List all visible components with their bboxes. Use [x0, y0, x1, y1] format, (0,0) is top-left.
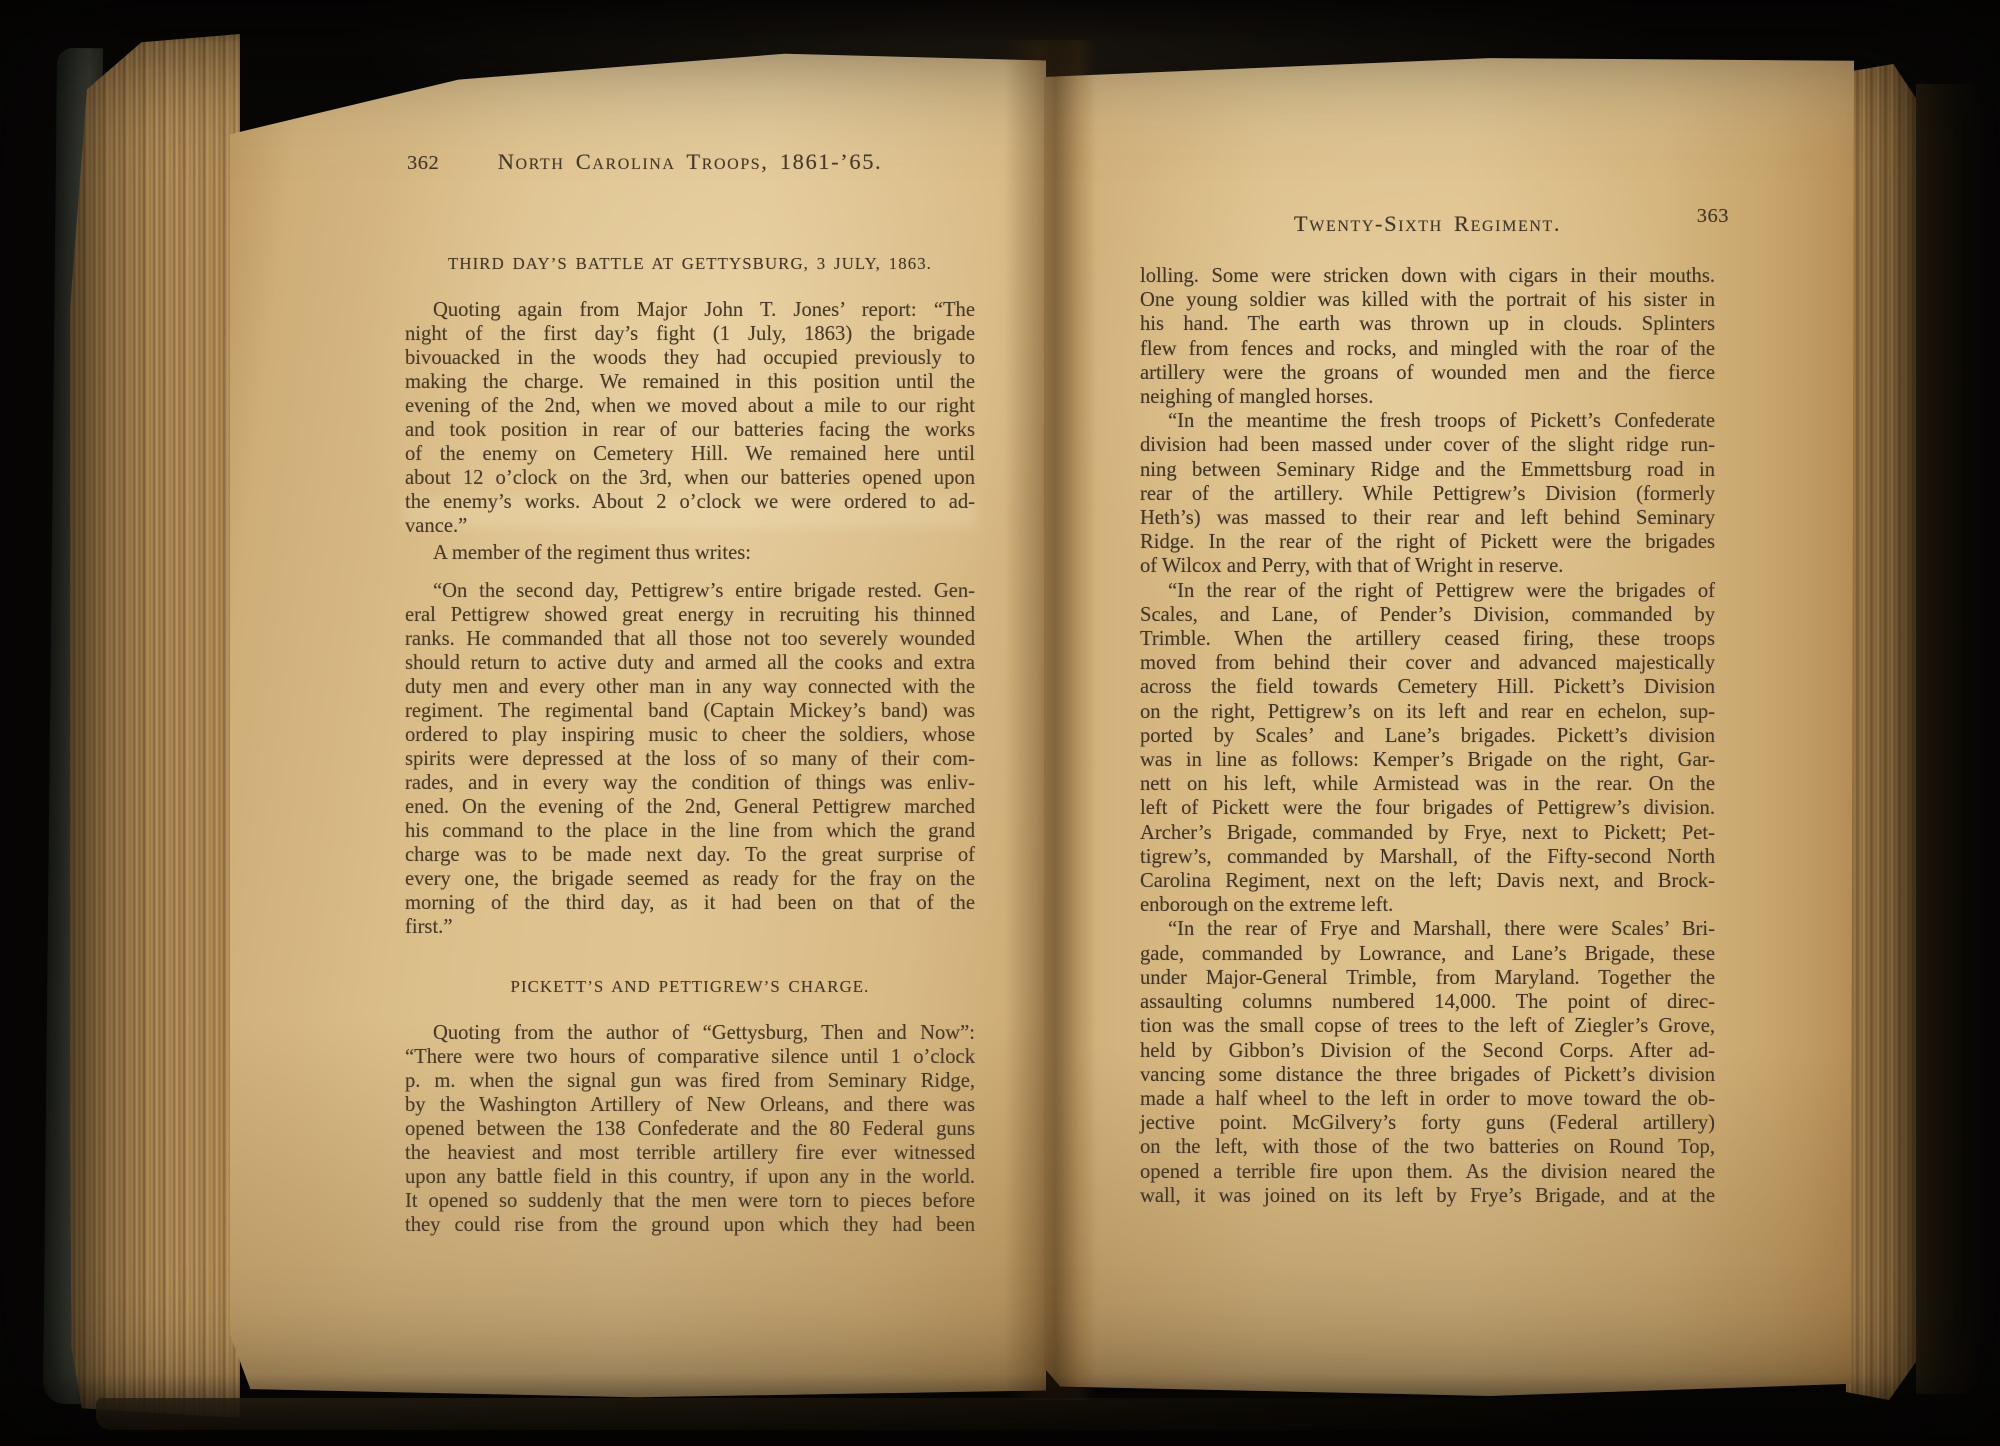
text-line: “In the rear of Frye and Marshall, there…	[1140, 917, 1715, 941]
left-page-text: 362 North Carolina Troops, 1861-’65. THI…	[405, 150, 975, 1237]
text-line: regiment. The regimental band (Captain M…	[405, 699, 975, 723]
text-line: “There were two hours of comparative sil…	[405, 1045, 975, 1069]
text-line: charge was to be made next day. To the g…	[405, 843, 975, 867]
paragraph: Quoting again from Major John T. Jones’ …	[405, 298, 975, 538]
text-line: eral Pettigrew showed great energy in re…	[405, 603, 975, 627]
text-line: tion was the small copse of trees to the…	[1140, 1014, 1715, 1038]
right-page-body: lolling. Some were stricken down with ci…	[1140, 264, 1715, 1208]
text-line: on the left, with those of the two batte…	[1140, 1135, 1715, 1159]
running-head-right: Twenty-Sixth Regiment. 363	[1140, 212, 1715, 240]
text-line: ened. On the evening of the 2nd, General…	[405, 795, 975, 819]
paragraph: lolling. Some were stricken down with ci…	[1140, 264, 1715, 409]
text-line: moved from behind their cover and advanc…	[1140, 651, 1715, 675]
text-line: across the field towards Cemetery Hill. …	[1140, 675, 1715, 699]
text-line: his command to the place in the line fro…	[405, 819, 975, 843]
text-line: One young soldier was killed with the po…	[1140, 288, 1715, 312]
text-line: Trimble. When the artillery ceased firin…	[1140, 627, 1715, 651]
text-line: “In the rear of the right of Pettigrew w…	[1140, 579, 1715, 603]
paragraph: “In the meantime the fresh troops of Pic…	[1140, 409, 1715, 578]
book-cover-bottom-edge	[96, 1398, 1636, 1430]
text-line: making the charge. We remained in this p…	[405, 370, 975, 394]
text-line: Scales, and Lane, of Pender’s Division, …	[1140, 603, 1715, 627]
text-line: his hand. The earth was thrown up in clo…	[1140, 312, 1715, 336]
text-line: p. m. when the signal gun was fired from…	[405, 1069, 975, 1093]
left-page-body-upper: Quoting again from Major John T. Jones’ …	[405, 298, 975, 939]
text-line: Quoting again from Major John T. Jones’ …	[405, 298, 975, 322]
text-line: they could rise from the ground upon whi…	[405, 1213, 975, 1237]
book-gutter-shadow	[1004, 40, 1096, 1400]
text-line: and took position in rear of our batteri…	[405, 418, 975, 442]
text-line: should return to active duty and armed a…	[405, 651, 975, 675]
text-line: the heaviest and most terrible artillery…	[405, 1141, 975, 1165]
paragraph: A member of the regiment thus writes:	[405, 541, 975, 565]
right-page-text: Twenty-Sixth Regiment. 363 lolling. Some…	[1140, 212, 1715, 1208]
paragraph: “In the rear of Frye and Marshall, there…	[1140, 917, 1715, 1207]
text-line: vancing some distance the three brigades…	[1140, 1063, 1715, 1087]
text-line: first.”	[405, 915, 975, 939]
text-line: “On the second day, Pettigrew’s entire b…	[405, 579, 975, 603]
text-line: by the Washington Artillery of New Orlea…	[405, 1093, 975, 1117]
text-line: Ridge. In the rear of the right of Picke…	[1140, 530, 1715, 554]
text-line: upon any battle field in this country, i…	[405, 1165, 975, 1189]
text-line: lolling. Some were stricken down with ci…	[1140, 264, 1715, 288]
text-line: duty men and every other man in any way …	[405, 675, 975, 699]
text-line: morning of the third day, as it had been…	[405, 891, 975, 915]
text-line: every one, the brigade seemed as ready f…	[405, 867, 975, 891]
text-line: spirits were depressed at the loss of so…	[405, 747, 975, 771]
text-line: Archer’s Brigade, commanded by Frye, nex…	[1140, 821, 1715, 845]
text-line: flew from fences and rocks, and mingled …	[1140, 337, 1715, 361]
text-line: “In the meantime the fresh troops of Pic…	[1140, 409, 1715, 433]
book-photo: 362 North Carolina Troops, 1861-’65. THI…	[0, 0, 2000, 1446]
text-line: It opened so suddenly that the men were …	[405, 1189, 975, 1213]
text-line: A member of the regiment thus writes:	[405, 541, 975, 565]
text-line: of the enemy on Cemetery Hill. We remain…	[405, 442, 975, 466]
text-line: wall, it was joined on its left by Frye’…	[1140, 1184, 1715, 1208]
text-line: Heth’s) was massed to their rear and lef…	[1140, 506, 1715, 530]
text-line: under Major-General Trimble, from Maryla…	[1140, 966, 1715, 990]
text-line: gade, commanded by Lowrance, and Lane’s …	[1140, 942, 1715, 966]
text-line: night of the first day’s fight (1 July, …	[405, 322, 975, 346]
text-line: was in line as follows: Kemper’s Brigade…	[1140, 748, 1715, 772]
text-line: rades, and in every way the condition of…	[405, 771, 975, 795]
paragraph: Quoting from the author of “Gettysburg, …	[405, 1021, 975, 1237]
text-line: division had been massed under cover of …	[1140, 433, 1715, 457]
page-stack-left	[70, 34, 240, 1418]
text-line: of Wilcox and Perry, with that of Wright…	[1140, 554, 1715, 578]
text-line: made a half wheel to the left in order t…	[1140, 1087, 1715, 1111]
text-line: opened between the 138 Confederate and t…	[405, 1117, 975, 1141]
text-line: ranks. He commanded that all those not t…	[405, 627, 975, 651]
text-line: rear of the artillery. While Pettigrew’s…	[1140, 482, 1715, 506]
text-line: on the right, Pettigrew’s on its left an…	[1140, 700, 1715, 724]
page-number-right: 363	[1697, 204, 1729, 228]
text-line: tigrew’s, commanded by Marshall, of the …	[1140, 845, 1715, 869]
text-line: held by Gibbon’s Division of the Second …	[1140, 1039, 1715, 1063]
text-line: vance.”	[405, 514, 975, 538]
page-number-left: 362	[407, 151, 439, 175]
text-line: Quoting from the author of “Gettysburg, …	[405, 1021, 975, 1045]
left-page-body-lower: Quoting from the author of “Gettysburg, …	[405, 1021, 975, 1237]
text-line: jective point. McGilvery’s forty guns (F…	[1140, 1111, 1715, 1135]
text-line: ordered to play inspiring music to cheer…	[405, 723, 975, 747]
text-line: ported by Scales’ and Lane’s brigades. P…	[1140, 724, 1715, 748]
text-line: neighing of mangled horses.	[1140, 385, 1715, 409]
section-heading-gettysburg: THIRD DAY’S BATTLE AT GETTYSBURG, 3 JULY…	[405, 252, 975, 276]
text-line: Carolina Regiment, next on the left; Dav…	[1140, 869, 1715, 893]
book-cover-right-edge	[1916, 84, 1982, 1394]
text-line: opened a terrible fire upon them. As the…	[1140, 1160, 1715, 1184]
text-line: artillery were the groans of wounded men…	[1140, 361, 1715, 385]
text-line: left of Pickett were the four brigades o…	[1140, 796, 1715, 820]
text-line: assaulting columns numbered 14,000. The …	[1140, 990, 1715, 1014]
text-line: the enemy’s works. About 2 o’clock we we…	[405, 490, 975, 514]
text-line: about 12 o’clock on the 3rd, when our ba…	[405, 466, 975, 490]
paragraph: “In the rear of the right of Pettigrew w…	[1140, 579, 1715, 918]
text-line: evening of the 2nd, when we moved about …	[405, 394, 975, 418]
text-line: nett on his left, while Armistead was in…	[1140, 772, 1715, 796]
running-head-left: 362 North Carolina Troops, 1861-’65.	[405, 150, 975, 178]
text-line: ning between Seminary Ridge and the Emme…	[1140, 458, 1715, 482]
running-head-title-right: Twenty-Sixth Regiment.	[1140, 212, 1715, 236]
paragraph: “On the second day, Pettigrew’s entire b…	[405, 579, 975, 939]
section-heading-charge: PICKETT’S AND PETTIGREW’S CHARGE.	[405, 975, 975, 999]
running-head-title-left: North Carolina Troops, 1861-’65.	[405, 150, 975, 174]
text-line: bivouacked in the woods they had occupie…	[405, 346, 975, 370]
text-line: enborough on the extreme left.	[1140, 893, 1715, 917]
